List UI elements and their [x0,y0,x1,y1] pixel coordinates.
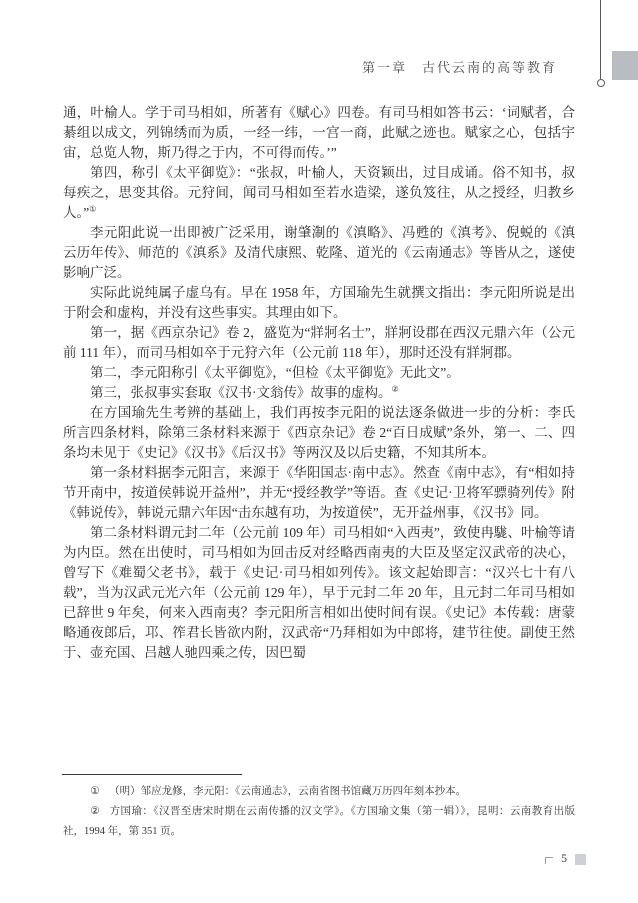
decorative-vertical-line [600,0,601,79]
footnotes-block: ①（明）邹应龙修，李元阳：《云南通志》，云南省图书馆藏万历四年刻本抄本。②方国瑜… [63,782,575,842]
decorative-gray-rectangle [612,51,638,80]
paragraph: 在方国瑜先生考辨的基础上，我们再按李元阳的说法逐条做进一步的分析：李氏所言四条材… [63,403,575,463]
paragraph: 第三，张叔事实套取《汉书·文翁传》故事的虚构。② [63,383,575,403]
decorative-circle-terminal [597,79,605,87]
paragraph: 李元阳此说一出即被广泛采用，谢肇淛的《滇略》、冯甦的《滇考》、倪蜕的《滇云历年传… [63,223,575,283]
page-number: 5 [561,853,567,865]
footnote-text: 方国瑜：《汉晋至唐宋时期在云南传播的汉文学》。《方国瑜文集（第一辑）》，昆明：云… [63,806,575,837]
footnote-marker: ② [90,806,100,817]
paragraph: 第一，据《西京杂记》卷 2，盛览为“牂牁名士”，牂牁设郡在西汉元鼎六年（公元前 … [63,323,575,363]
footnote: ②方国瑜：《汉晋至唐宋时期在云南传播的汉文学》。《方国瑜文集（第一辑）》，昆明：… [63,802,575,842]
chapter-title: 第一章 古代云南的高等教育 [362,60,557,75]
paragraph: 第一条材料据李元阳言，来源于《华阳国志·南中志》。然查《南中志》，有“相如持节开… [63,463,575,523]
paragraph: 第四，称引《太平御览》：“张叔，叶榆人，天资颖出，过目成诵。俗不知书，叔每疾之，… [63,163,575,223]
running-head: 第一章 古代云南的高等教育 [362,57,557,76]
footnote: ①（明）邹应龙修，李元阳：《云南通志》，云南省图书馆藏万历四年刻本抄本。 [63,782,575,802]
footer-corner-bracket-icon [545,857,553,864]
page-footer: 5 [545,853,586,865]
book-page: 第一章 古代云南的高等教育 通，叶榆人。学于司马相如，所著有《赋心》四卷。有司马… [0,0,638,903]
footer-square-icon [575,854,586,865]
footnote-divider [62,774,242,775]
paragraph: 第二条材料谓元封二年（公元前 109 年）司马相如“入西夷”，致使冉駹、叶榆等请… [63,523,575,663]
paragraph: 实际此说纯属子虚乌有。早在 1958 年，方国瑜先生就撰文指出：李元阳所说是出于… [63,283,575,323]
footnote-ref: ② [392,385,399,394]
paragraph: 通，叶榆人。学于司马相如，所著有《赋心》四卷。有司马相如答书云：‘词赋者，合綦组… [63,103,575,163]
footnote-text: （明）邹应龙修，李元阳：《云南通志》，云南省图书馆藏万历四年刻本抄本。 [109,786,466,797]
footnote-ref: ① [89,205,96,214]
paragraph: 第二，李元阳称引《太平御览》，“但检《太平御览》无此文”。 [63,363,575,383]
footnote-marker: ① [90,786,99,797]
main-text-block: 通，叶榆人。学于司马相如，所著有《赋心》四卷。有司马相如答书云：‘词赋者，合綦组… [63,103,575,663]
